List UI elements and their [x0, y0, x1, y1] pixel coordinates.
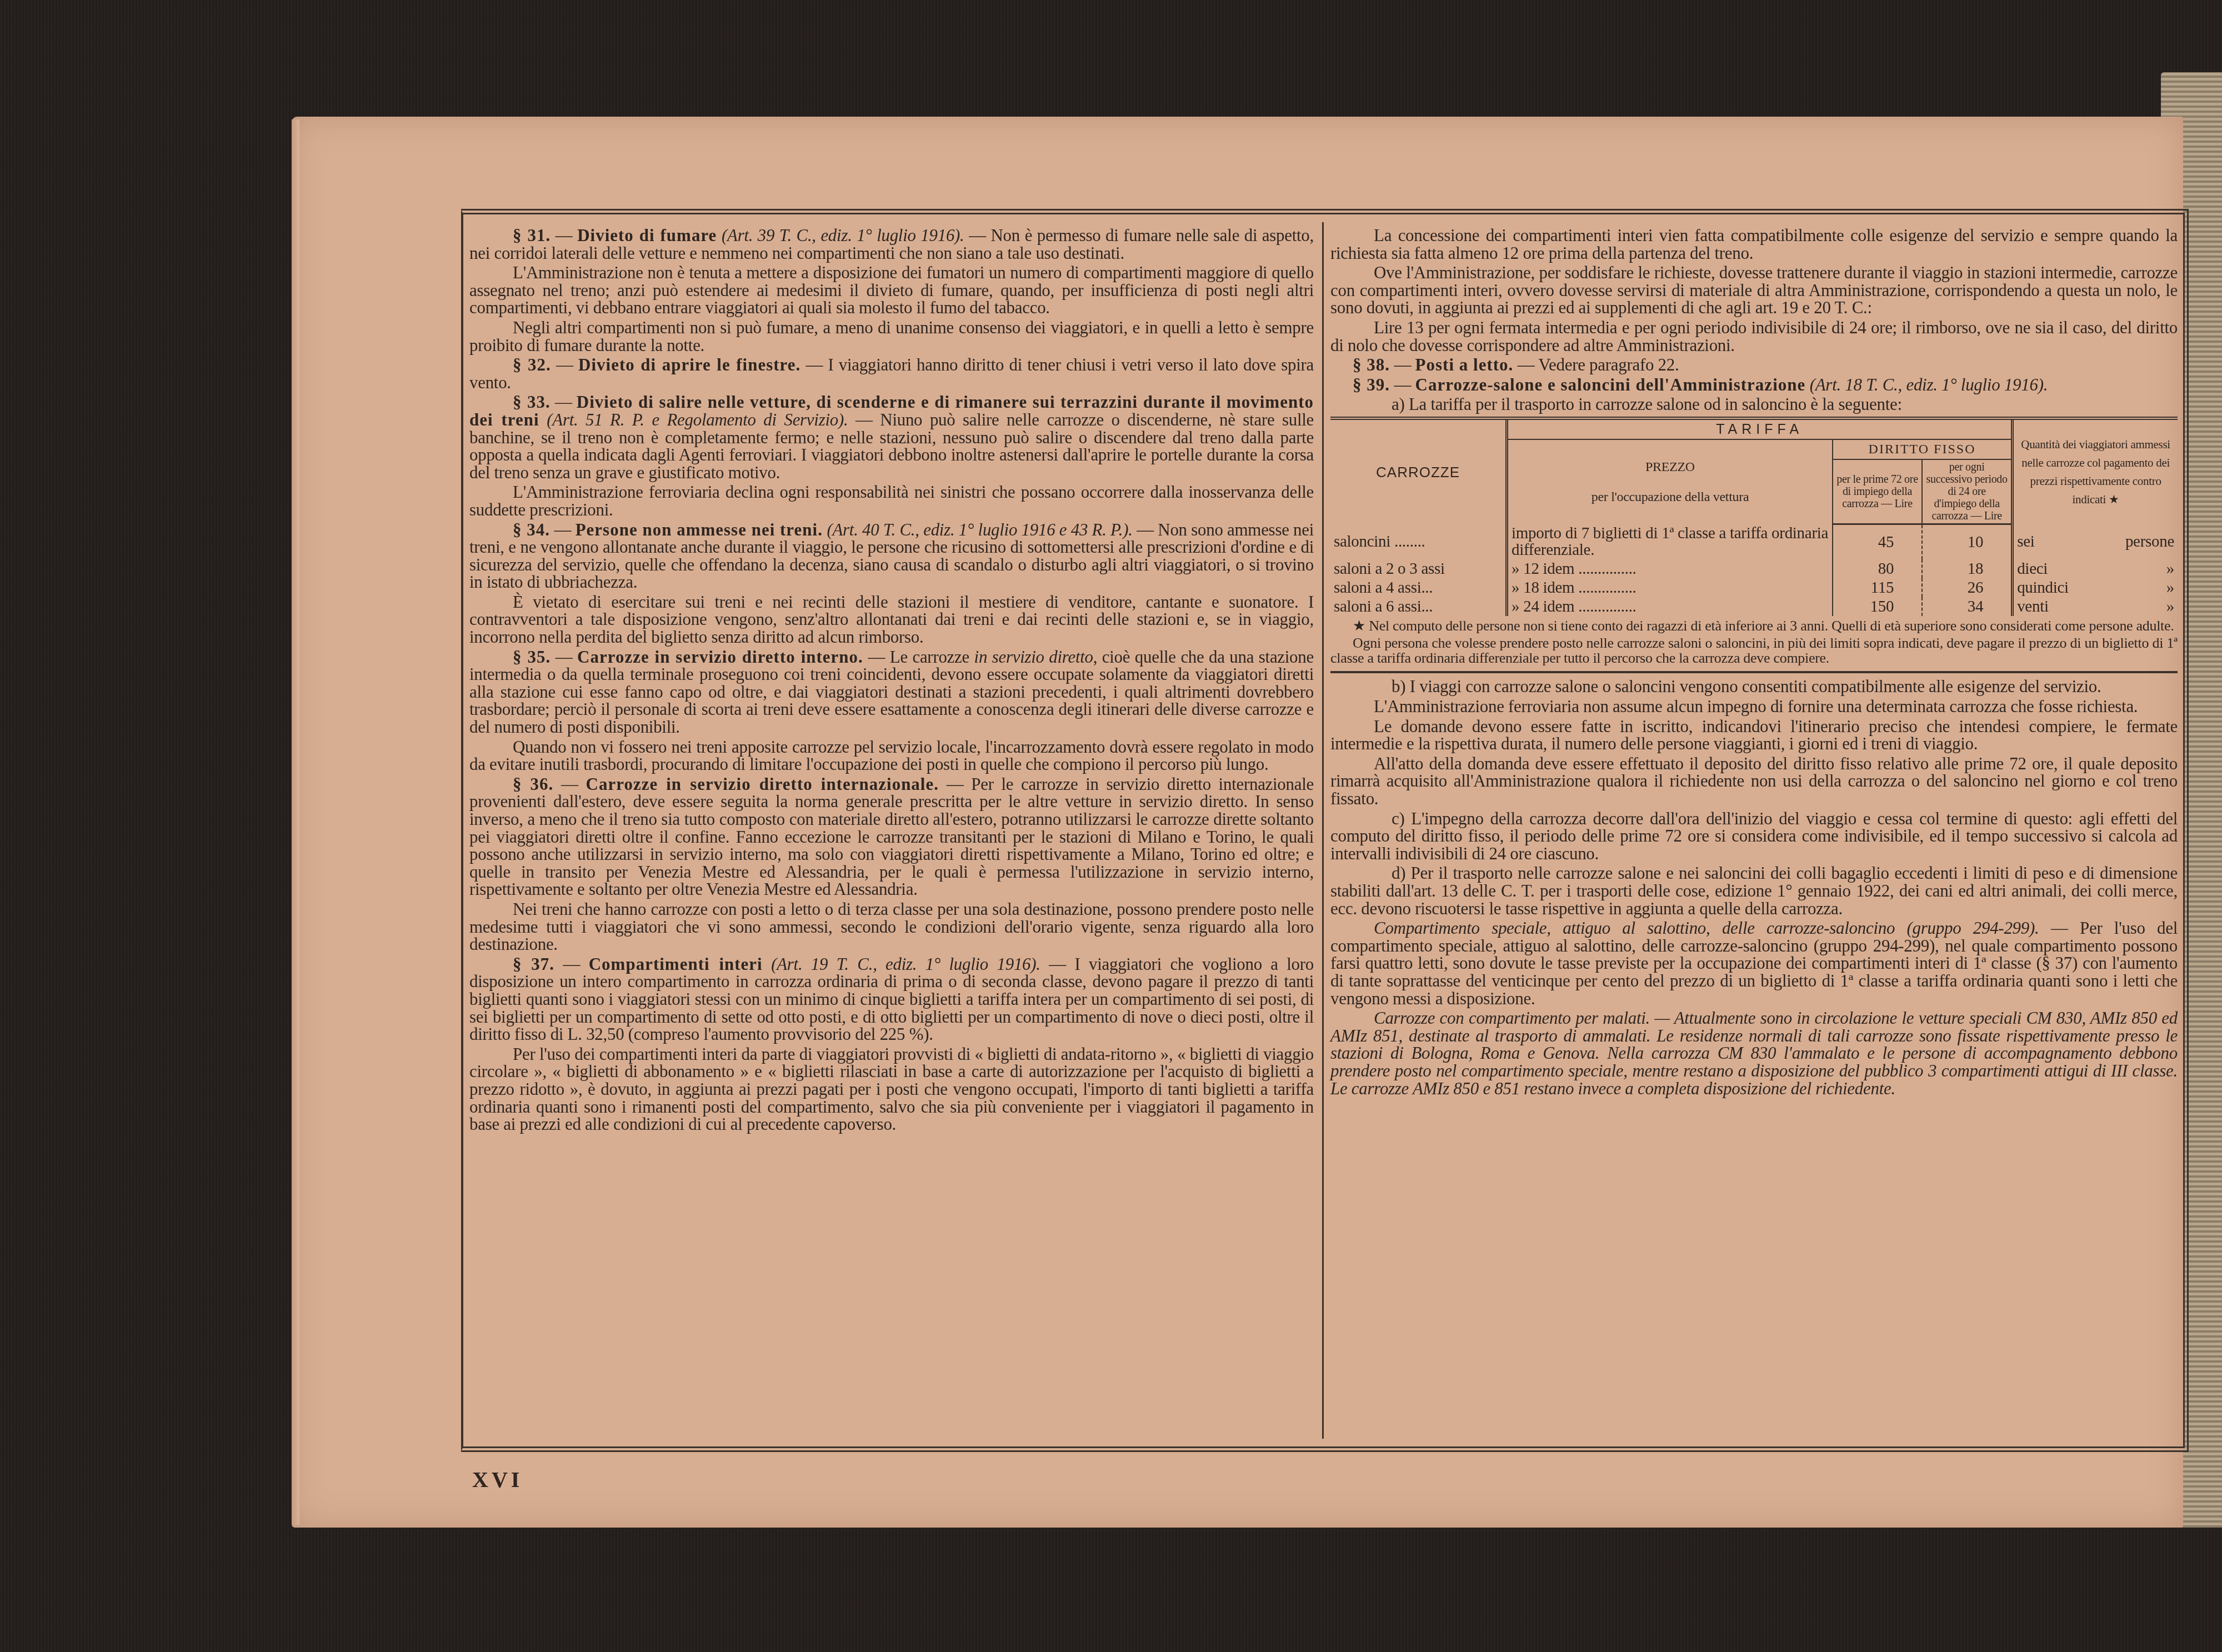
paragraph: Compartimento speciale, attiguo al salot… — [1330, 919, 2178, 1007]
page-fold-edge — [292, 119, 299, 1525]
paragraph: L'Amministrazione ferroviaria non assume… — [1330, 698, 2178, 715]
paragraph: Nei treni che hanno carrozze con posti a… — [469, 900, 1314, 953]
section-32: § 32. — Divieto di aprire le finestre. —… — [469, 356, 1314, 391]
section-31: § 31. — Divieto di fumare (Art. 39 T. C.… — [469, 227, 1314, 262]
table-row: saloncini ........ importo di 7 bigliett… — [1330, 524, 2178, 559]
qty-number: dieci — [2017, 560, 2048, 577]
header-carrozze: CARROZZE — [1330, 418, 1507, 524]
section-text: — Per le carrozze in servizio diretto in… — [469, 774, 1314, 899]
section-number: § 36. — [513, 774, 553, 794]
header-diritto-fisso: DIRITTO FISSO — [1833, 439, 2013, 459]
header-df-24: per ogni successivo periodo di 24 ore d'… — [1922, 459, 2013, 524]
section-text: — Le carrozze — [868, 647, 974, 667]
tariff-table: CARROZZE TARIFFA Quantità dei viaggiator… — [1330, 417, 2178, 617]
section-number: § 38. — [1353, 355, 1390, 374]
header-prezzo-sub: per l'occupazione della vettura — [1512, 489, 1829, 505]
cell-prezzo: » 24 idem ............... — [1507, 597, 1833, 616]
paragraph: c) L'impegno della carrozza decorre dall… — [1330, 810, 2178, 863]
cell-prezzo: importo di 7 biglietti di 1ª classe a ta… — [1507, 524, 1833, 559]
paragraph: Ove l'Amministrazione, per soddisfare le… — [1330, 264, 2178, 317]
paragraph: All'atto della domanda deve essere effet… — [1330, 755, 2178, 808]
section-number: § 34. — [513, 520, 550, 539]
column-divider — [1322, 222, 1324, 1439]
section-text-italic: in servizio diretto — [974, 647, 1093, 667]
section-number: § 33. — [513, 392, 551, 412]
paragraph: L'Amministrazione ferroviaria declina og… — [469, 483, 1314, 518]
cell-carrozza: saloni a 2 o 3 assi — [1330, 559, 1507, 578]
cell-quantita: seipersone — [2013, 524, 2178, 559]
header-quantita: Quantità dei viaggiatori ammessi nelle c… — [2013, 418, 2178, 524]
paragraph: d) Per il trasporto nelle carrozze salon… — [1330, 864, 2178, 917]
subsection-title: Compartimento speciale, attiguo al salot… — [1374, 918, 2039, 938]
paragraph: Negli altri compartimenti non si può fum… — [469, 319, 1314, 354]
cell-quantita: quindici» — [2013, 578, 2178, 597]
section-reference: (Art. 40 T. C., ediz. 1° luglio 1916 e 4… — [827, 520, 1132, 539]
cell-df-72: 150 — [1833, 597, 1922, 616]
section-34: § 34. — Persone non ammesse nei treni. (… — [469, 521, 1314, 591]
cell-df-24: 34 — [1922, 597, 2013, 616]
table-row: saloni a 6 assi... » 24 idem ...........… — [1330, 597, 2178, 616]
section-39: § 39. — Carrozze-salone e saloncini dell… — [1330, 376, 2178, 394]
header-df-72: per le prime 72 ore di impiego della car… — [1833, 459, 1922, 524]
section-reference: (Art. 18 T. C., ediz. 1° luglio 1916). — [1810, 375, 2048, 394]
section-36: § 36. — Carrozze in servizio diretto int… — [469, 775, 1314, 898]
table-footnote: Ogni persona che volesse prendere posto … — [1330, 635, 2178, 665]
section-reference: (Art. 39 T. C., ediz. 1° luglio 1916). — [722, 226, 964, 245]
paragraph: Quando non vi fossero nei treni apposite… — [469, 738, 1314, 773]
table-footnote: ★ Nel computo delle persone non si tiene… — [1330, 618, 2178, 633]
horizontal-rule — [1330, 671, 2178, 673]
section-title: Divieto di aprire le finestre. — [578, 355, 800, 374]
paragraph: È vietato di esercitare sui treni e nei … — [469, 593, 1314, 646]
cell-quantita: dieci» — [2013, 559, 2178, 578]
paragraph: La concessione dei compartimenti interi … — [1330, 227, 2178, 262]
paragraph: a) La tariffa per il trasporto in carroz… — [1330, 396, 2178, 413]
cell-df-24: 10 — [1922, 524, 2013, 559]
paragraph: b) I viaggi con carrozze salone o salonc… — [1330, 678, 2178, 695]
cell-quantita: venti» — [2013, 597, 2178, 616]
paragraph: Per l'uso dei compartimenti interi da pa… — [469, 1045, 1314, 1133]
cell-df-72: 115 — [1833, 578, 1922, 597]
qty-number: quindici — [2017, 579, 2069, 596]
section-38: § 38. — Posti a letto. — Vedere paragraf… — [1330, 356, 2178, 374]
table-row: saloni a 2 o 3 assi » 12 idem ..........… — [1330, 559, 2178, 578]
header-prezzo: PREZZO per l'occupazione della vettura — [1507, 439, 1833, 524]
section-37: § 37. — Compartimenti interi (Art. 19 T.… — [469, 955, 1314, 1043]
page-number: XVI — [472, 1466, 523, 1493]
cell-df-24: 18 — [1922, 559, 2013, 578]
section-title: Carrozze in servizio diretto internazion… — [586, 774, 939, 794]
qty-unit: » — [2166, 560, 2174, 577]
left-column: § 31. — Divieto di fumare (Art. 39 T. C.… — [469, 227, 1314, 1135]
section-reference: (Art. 51 R. P. e Regolamento di Servizio… — [547, 410, 848, 429]
section-title: Posti a letto. — [1415, 355, 1514, 374]
cell-prezzo: » 18 idem ............... — [1507, 578, 1833, 597]
qty-unit: persone — [2125, 533, 2174, 550]
section-number: § 37. — [513, 954, 554, 974]
table-row: saloni a 4 assi... » 18 idem ...........… — [1330, 578, 2178, 597]
section-number: § 39. — [1353, 375, 1390, 394]
paragraph-italic: Carrozze con compartimento per malati. —… — [1330, 1009, 2178, 1097]
section-number: § 31. — [513, 226, 551, 245]
qty-unit: » — [2166, 598, 2174, 615]
section-35: § 35. — Carrozze in servizio diretto int… — [469, 648, 1314, 736]
section-number: § 32. — [513, 355, 551, 374]
cell-df-24: 26 — [1922, 578, 2013, 597]
qty-unit: » — [2166, 579, 2174, 596]
section-title: Persone non ammesse nei treni. — [575, 520, 823, 539]
cell-prezzo: » 12 idem ............... — [1507, 559, 1833, 578]
section-title: Divieto di fumare — [577, 226, 717, 245]
section-title: Carrozze in servizio diretto interno. — [577, 647, 863, 667]
cell-df-72: 45 — [1833, 524, 1922, 559]
section-reference: (Art. 19 T. C., ediz. 1° luglio 1916). — [771, 954, 1040, 974]
header-prezzo-title: PREZZO — [1512, 459, 1829, 475]
header-tariffa: TARIFFA — [1507, 418, 2013, 439]
section-title: Carrozze-salone e saloncini dell'Amminis… — [1415, 375, 1806, 394]
paragraph: L'Amministrazione non è tenuta a mettere… — [469, 264, 1314, 317]
section-number: § 35. — [513, 647, 551, 667]
cell-carrozza: saloni a 6 assi... — [1330, 597, 1507, 616]
cell-df-72: 80 — [1833, 559, 1922, 578]
cell-carrozza: saloni a 4 assi... — [1330, 578, 1507, 597]
paragraph: Lire 13 per ogni fermata intermedia e pe… — [1330, 319, 2178, 354]
section-title: Compartimenti interi — [589, 954, 763, 974]
section-33: § 33. — Divieto di salire nelle vetture,… — [469, 393, 1314, 481]
right-column: La concessione dei compartimenti interi … — [1330, 227, 2178, 1099]
cell-carrozza: saloncini ........ — [1330, 524, 1507, 559]
qty-number: sei — [2017, 533, 2034, 550]
qty-number: venti — [2017, 598, 2049, 615]
paragraph: Le domande devono essere fatte in iscrit… — [1330, 718, 2178, 753]
section-text: — Vedere paragrafo 22. — [1518, 355, 1679, 374]
